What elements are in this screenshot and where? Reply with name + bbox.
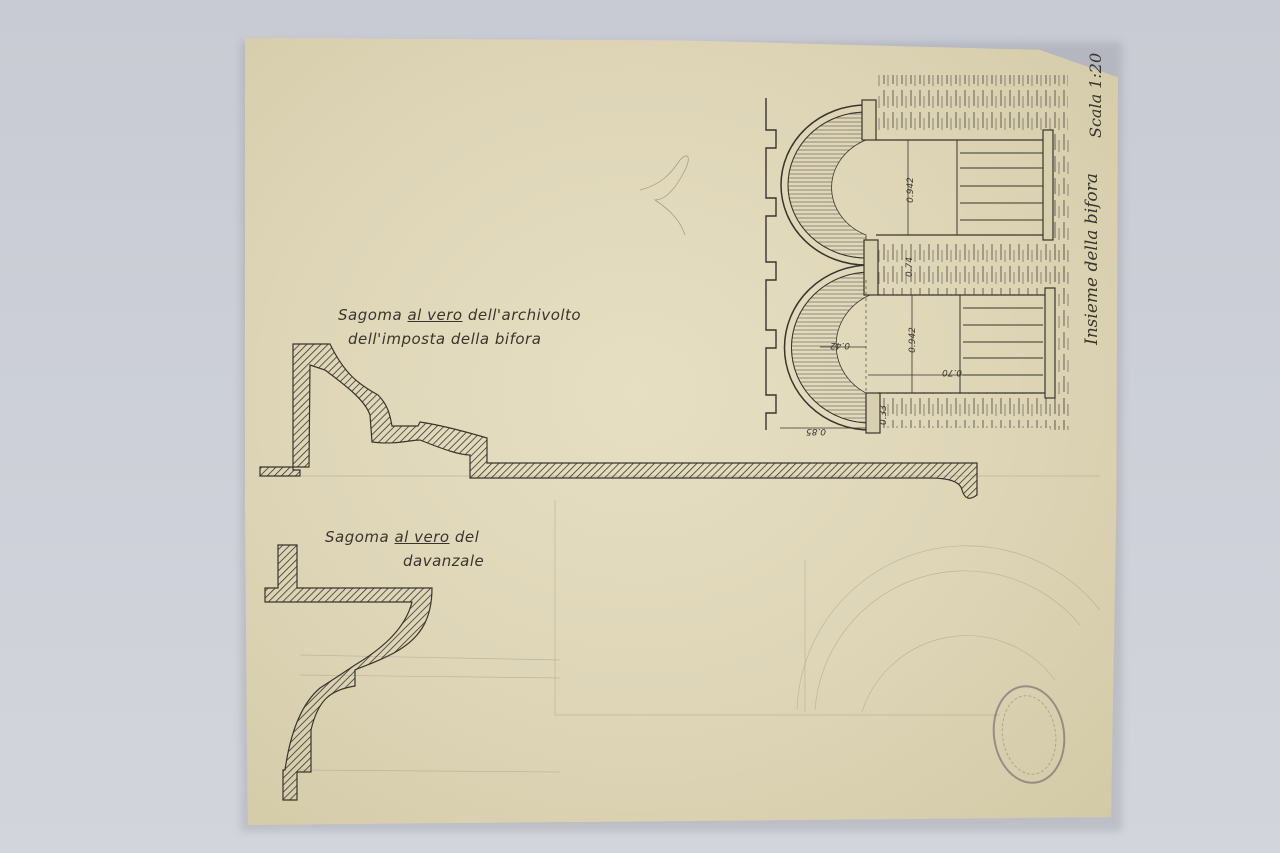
- stamp-inner-ring: [997, 691, 1062, 778]
- pencil-construction-lines: [258, 476, 1100, 772]
- title-underlined-text: al vero: [407, 306, 462, 324]
- title-text: dell'archivolto: [463, 306, 582, 324]
- dimension-wall-offset: 0.85: [806, 426, 826, 436]
- title-text: Sagoma: [338, 306, 407, 324]
- dimension-lower-opening: 0.942: [908, 327, 918, 353]
- dimension-mullion: 0.74: [905, 257, 915, 277]
- dimension-impost: 0.33: [879, 405, 889, 425]
- wall-section-line: [766, 98, 776, 430]
- pencil-sketch: [640, 156, 688, 235]
- sill-profile: [265, 545, 432, 800]
- brick-infill-bottom: [878, 393, 1068, 428]
- title-text: del: [450, 528, 480, 546]
- brick-infill-top: [878, 75, 1068, 133]
- dimension-arch-radius: 0.42: [830, 340, 850, 350]
- elevation-title: Insieme della bifora: [1082, 173, 1102, 345]
- title-underlined-text: al vero: [394, 528, 449, 546]
- scale-label: Scala 1:20: [1086, 53, 1105, 138]
- archivolt-profile-title: Sagoma al vero dell'archivolto: [338, 306, 581, 324]
- dimension-upper-opening: 0.942: [906, 177, 916, 203]
- title-text: Sagoma: [325, 528, 394, 546]
- sill-profile-subtitle: davanzale: [403, 552, 484, 570]
- dimension-opening-width: 0.70: [942, 367, 962, 377]
- archivolt-profile-subtitle: dell'imposta della bifora: [348, 330, 541, 348]
- sill-profile-title: Sagoma al vero del: [325, 528, 479, 546]
